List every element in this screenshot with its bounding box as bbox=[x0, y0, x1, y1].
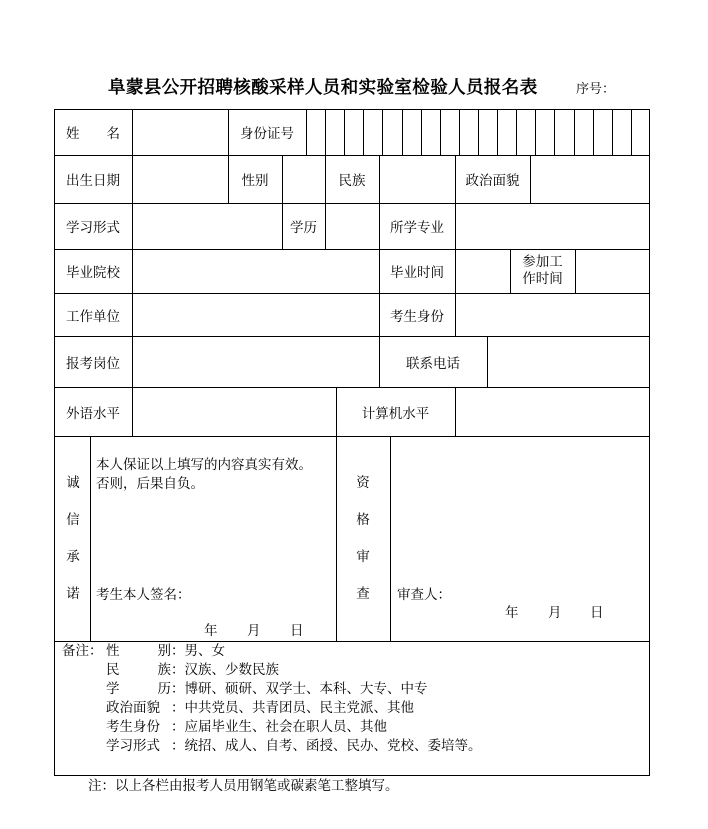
language-level-label: 外语水平 bbox=[54, 387, 132, 436]
pledge-date-year: 年 bbox=[204, 622, 218, 641]
review-char: 审 bbox=[353, 539, 373, 576]
notes-key: 学习形式 bbox=[106, 737, 171, 756]
notes-key: 性别 bbox=[106, 642, 171, 661]
language-level-input[interactable] bbox=[132, 387, 336, 436]
review-char: 资 bbox=[353, 465, 373, 502]
id-digit-input[interactable] bbox=[497, 109, 516, 155]
notes-value: 统招、成人、自考、函授、民办、党校、委培等。 bbox=[185, 737, 482, 756]
birth-date-input[interactable] bbox=[132, 155, 228, 203]
review-area[interactable] bbox=[390, 436, 650, 641]
graduation-time-label: 毕业时间 bbox=[379, 249, 455, 293]
pledge-date-month: 月 bbox=[247, 622, 261, 641]
id-digit-input[interactable] bbox=[612, 109, 631, 155]
notes-colon: ： bbox=[171, 699, 185, 718]
notes-key: 民族 bbox=[106, 661, 171, 680]
notes-row: 考生身份 ： 应届毕业生、社会在职人员、其他 bbox=[62, 718, 482, 737]
id-digit-input[interactable] bbox=[440, 109, 459, 155]
school-input[interactable] bbox=[132, 249, 379, 293]
computer-level-input[interactable] bbox=[455, 387, 650, 436]
notes-key: 政治面貌 bbox=[106, 699, 171, 718]
work-start-input[interactable] bbox=[575, 249, 650, 293]
notes-section: 备注： 性别 ： 男、女 民族 ： 汉族、少数民族 学历 ： 博研、硕研、双学士… bbox=[62, 642, 482, 756]
ethnicity-label: 民族 bbox=[325, 155, 379, 203]
major-label: 所学专业 bbox=[379, 203, 455, 249]
pledge-statement: 本人保证以上填写的内容真实有效。 否则，后果自负。 bbox=[96, 456, 312, 494]
notes-colon: ： bbox=[171, 718, 185, 737]
graduation-time-input[interactable] bbox=[455, 249, 510, 293]
notes-value: 应届毕业生、社会在职人员、其他 bbox=[185, 718, 388, 737]
id-digit-input[interactable] bbox=[631, 109, 650, 155]
pledge-statement-line2: 否则，后果自负。 bbox=[96, 475, 312, 494]
pledge-char: 信 bbox=[63, 502, 83, 539]
id-digit-input[interactable] bbox=[516, 109, 535, 155]
name-label: 姓 名 bbox=[54, 109, 132, 155]
school-label: 毕业院校 bbox=[54, 249, 132, 293]
computer-level-label: 计算机水平 bbox=[336, 387, 455, 436]
id-digit-input[interactable] bbox=[554, 109, 573, 155]
notes-colon: ： bbox=[171, 737, 185, 756]
candidate-identity-label: 考生身份 bbox=[379, 293, 455, 336]
id-digit-input[interactable] bbox=[325, 109, 344, 155]
notes-value: 中共党员、共青团员、民主党派、其他 bbox=[185, 699, 415, 718]
id-digit-input[interactable] bbox=[344, 109, 363, 155]
employer-label: 工作单位 bbox=[54, 293, 132, 336]
name-input[interactable] bbox=[132, 109, 228, 155]
birth-date-label: 出生日期 bbox=[54, 155, 132, 203]
pledge-char: 诺 bbox=[63, 576, 83, 613]
education-label: 学历 bbox=[282, 203, 325, 249]
notes-colon: ： bbox=[171, 680, 185, 699]
notes-row: 政治面貌 ： 中共党员、共青团员、民主党派、其他 bbox=[62, 699, 482, 718]
gender-label: 性别 bbox=[228, 155, 282, 203]
col-divider bbox=[90, 436, 91, 641]
notes-row: 学习形式 ： 统招、成人、自考、函授、民办、党校、委培等。 bbox=[62, 737, 482, 756]
review-date-month: 月 bbox=[548, 604, 562, 623]
col-divider bbox=[336, 436, 337, 641]
study-form-label: 学习形式 bbox=[54, 203, 132, 249]
id-digit-input[interactable] bbox=[478, 109, 497, 155]
review-char: 查 bbox=[353, 576, 373, 613]
form-title: 阜蒙县公开招聘核酸采样人员和实验室检验人员报名表 bbox=[108, 74, 538, 102]
candidate-signature-input[interactable] bbox=[96, 586, 334, 606]
id-digit-input[interactable] bbox=[535, 109, 554, 155]
id-digit-input[interactable] bbox=[593, 109, 612, 155]
phone-label: 联系电话 bbox=[379, 336, 487, 387]
review-char: 格 bbox=[353, 502, 373, 539]
phone-input[interactable] bbox=[487, 336, 650, 387]
work-start-label: 参加工 作时间 bbox=[510, 249, 575, 293]
footnote: 注：以上各栏由报考人员用钢笔或碳素笔工整填写。 bbox=[88, 776, 399, 796]
political-status-label: 政治面貌 bbox=[455, 155, 530, 203]
candidate-identity-input[interactable] bbox=[455, 293, 650, 336]
notes-row: 学历 ： 博研、硕研、双学士、本科、大专、中专 bbox=[62, 680, 482, 699]
pledge-vertical-label: 诚 信 承 诺 bbox=[63, 465, 83, 613]
education-input[interactable] bbox=[325, 203, 379, 249]
form-header: 阜蒙县公开招聘核酸采样人员和实验室检验人员报名表 序号： bbox=[0, 74, 708, 102]
id-digit-input[interactable] bbox=[421, 109, 440, 155]
review-vertical-label: 资 格 审 查 bbox=[353, 465, 373, 613]
notes-row: 民族 ： 汉族、少数民族 bbox=[62, 661, 482, 680]
review-date-day: 日 bbox=[590, 604, 604, 623]
id-digit-input[interactable] bbox=[306, 109, 325, 155]
pledge-date-day: 日 bbox=[290, 622, 304, 641]
reviewer-label: 审查人： bbox=[397, 586, 451, 605]
position-label: 报考岗位 bbox=[54, 336, 132, 387]
gender-input[interactable] bbox=[282, 155, 325, 203]
pledge-char: 承 bbox=[63, 539, 83, 576]
serial-number-label: 序号： bbox=[576, 76, 615, 104]
major-input[interactable] bbox=[455, 203, 650, 249]
id-digit-input[interactable] bbox=[363, 109, 382, 155]
id-digit-input[interactable] bbox=[459, 109, 478, 155]
pledge-statement-line1: 本人保证以上填写的内容真实有效。 bbox=[96, 456, 312, 475]
work-start-label-line1: 参加工 bbox=[522, 254, 563, 271]
political-status-input[interactable] bbox=[530, 155, 650, 203]
id-number-label: 身份证号 bbox=[228, 109, 306, 155]
notes-key: 学历 bbox=[106, 680, 171, 699]
notes-colon: ： bbox=[171, 661, 185, 680]
notes-value: 汉族、少数民族 bbox=[185, 661, 280, 680]
employer-input[interactable] bbox=[132, 293, 379, 336]
notes-value: 博研、硕研、双学士、本科、大专、中专 bbox=[185, 680, 428, 699]
ethnicity-input[interactable] bbox=[379, 155, 455, 203]
review-date-year: 年 bbox=[505, 604, 519, 623]
notes-row: 备注： 性别 ： 男、女 bbox=[62, 642, 482, 661]
notes-value: 男、女 bbox=[185, 642, 226, 661]
notes-key: 考生身份 bbox=[106, 718, 171, 737]
position-input[interactable] bbox=[132, 336, 379, 387]
pledge-char: 诚 bbox=[63, 465, 83, 502]
id-digit-input[interactable] bbox=[382, 109, 401, 155]
notes-lead: 备注： bbox=[62, 642, 106, 661]
notes-colon: ： bbox=[171, 642, 185, 661]
study-form-input[interactable] bbox=[132, 203, 282, 249]
id-digit-input[interactable] bbox=[574, 109, 593, 155]
work-start-label-line2: 作时间 bbox=[522, 271, 563, 288]
id-digit-input[interactable] bbox=[402, 109, 421, 155]
